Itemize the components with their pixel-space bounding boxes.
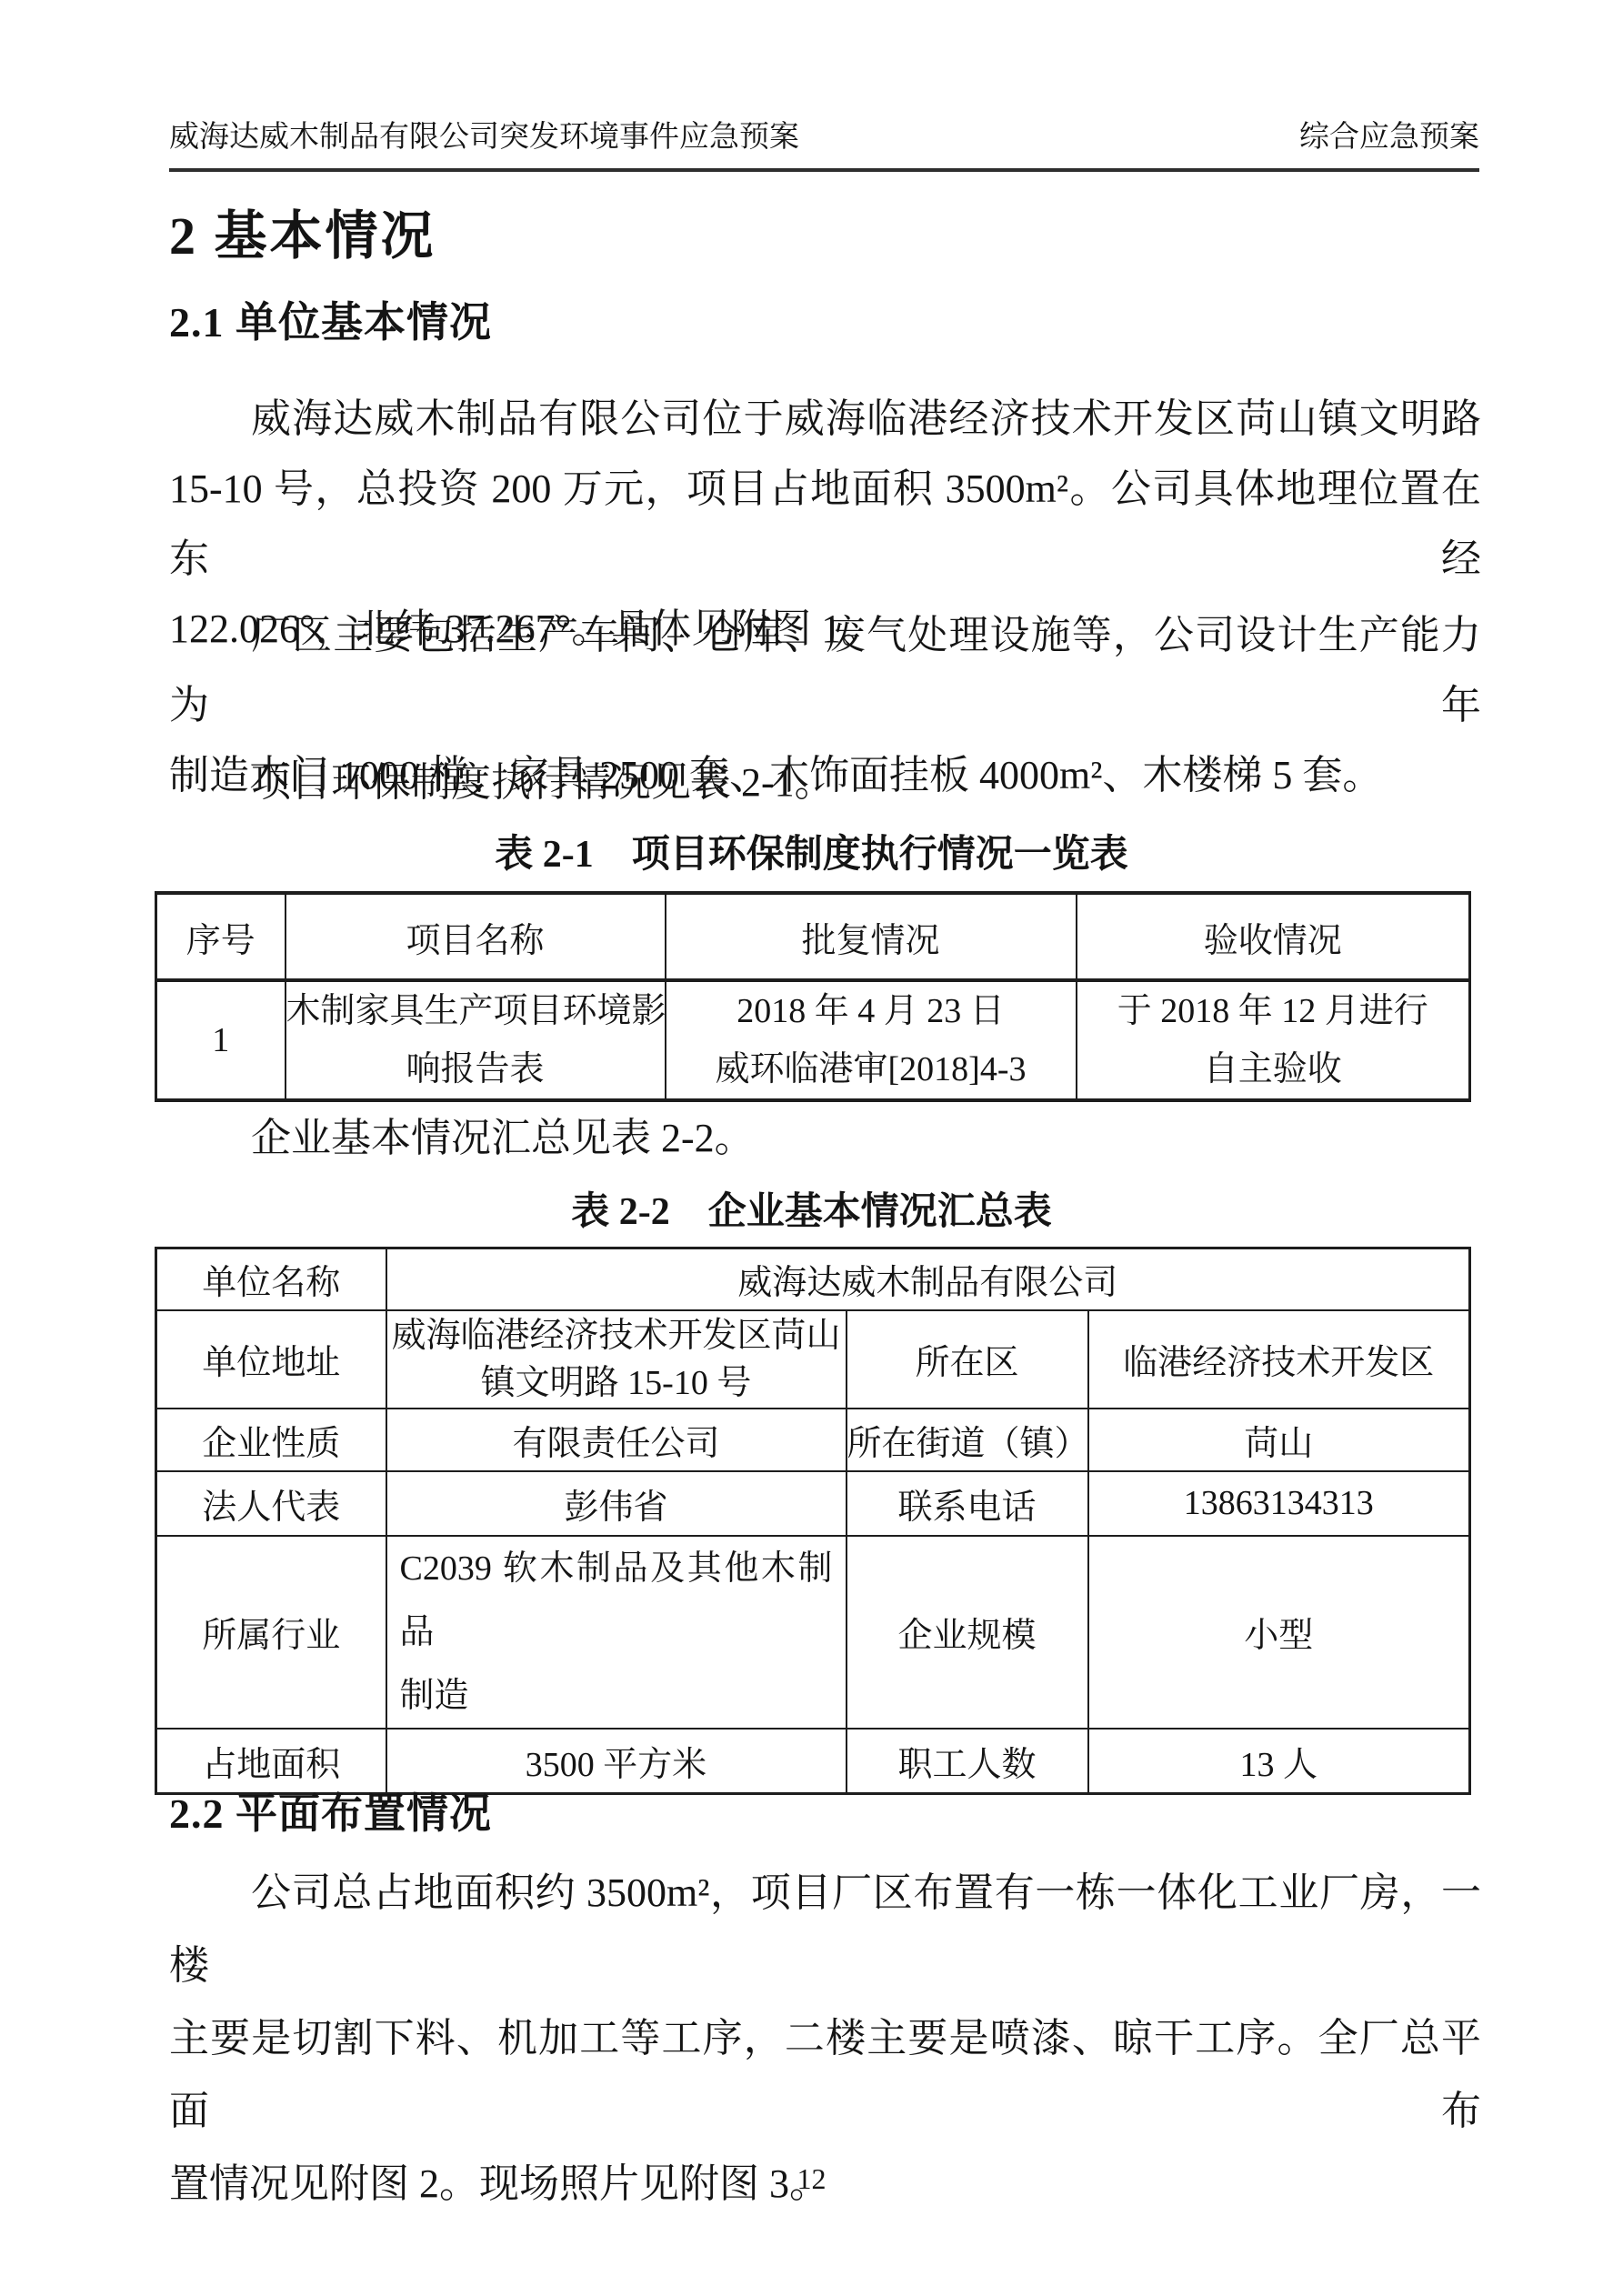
col-header-acceptance: 验收情况 xyxy=(1077,893,1470,980)
cell-line: 镇文明路 15-10 号 xyxy=(387,1359,846,1407)
paragraph-line: 主要是切割下料、机加工等工序，二楼主要是喷漆、晾干工序。全厂总平面布 xyxy=(169,2002,1481,2148)
cell-line: 自主验收 xyxy=(1077,1040,1469,1098)
paragraph-line: 企业基本情况汇总见表 2-2。 xyxy=(169,1103,1481,1173)
cell-line: 木制家具生产项目环境影 xyxy=(286,982,665,1040)
header-right-title: 综合应急预案 xyxy=(1299,113,1479,155)
cell-label: 企业性质 xyxy=(156,1409,386,1471)
env-compliance-table: 序号 项目名称 批复情况 验收情况 1 木制家具生产项目环境影 响报告表 201… xyxy=(155,891,1471,1102)
page-number: 12 xyxy=(0,2162,1623,2196)
cell-acceptance: 于 2018 年 12 月进行 自主验收 xyxy=(1077,980,1470,1100)
cell-label: 联系电话 xyxy=(847,1471,1088,1536)
subsection-title-2-1: 2.1 单位基本情况 xyxy=(169,289,492,349)
paragraph-line: 厂区主要包括生产车间、仓库、废气处理设施等，公司设计生产能力为年 xyxy=(169,600,1481,740)
cell-line: C2039 软木制品及其他木制品 xyxy=(400,1537,833,1664)
paragraph-4: 企业基本情况汇总见表 2-2。 xyxy=(169,1103,1481,1173)
cell-label: 法人代表 xyxy=(156,1471,386,1536)
cell-enterprise-type: 有限责任公司 xyxy=(386,1409,847,1471)
header-left-title: 威海达威木制品有限公司突发环境事件应急预案 xyxy=(169,113,799,155)
cell-label: 企业规模 xyxy=(847,1536,1088,1729)
cell-line: 响报告表 xyxy=(286,1040,665,1098)
cell-company-name: 威海达威木制品有限公司 xyxy=(386,1248,1470,1310)
cell-label: 所在街道（镇） xyxy=(847,1409,1088,1471)
table-row: 企业性质 有限责任公司 所在街道（镇） 苘山 xyxy=(156,1409,1470,1471)
cell-label: 职工人数 xyxy=(847,1729,1088,1794)
table-row: 单位地址 威海临港经济技术开发区苘山 镇文明路 15-10 号 所在区 临港经济… xyxy=(156,1310,1470,1409)
table-row: 所属行业 C2039 软木制品及其他木制品 制造 企业规模 小型 xyxy=(156,1536,1470,1729)
basic-info-table: 单位名称 威海达威木制品有限公司 单位地址 威海临港经济技术开发区苘山 镇文明路… xyxy=(155,1247,1471,1795)
document-page: { "header": { "left_title": "威海达威木制品有限公司… xyxy=(0,0,1623,2296)
table-row: 法人代表 彭伟省 联系电话 13863134313 xyxy=(156,1471,1470,1536)
cell-label: 单位名称 xyxy=(156,1248,386,1310)
subsection-title-2-2: 2.2 平面布置情况 xyxy=(169,1780,492,1840)
cell-line: 于 2018 年 12 月进行 xyxy=(1077,982,1469,1040)
cell-staff-count: 13 人 xyxy=(1088,1729,1470,1794)
cell-line: 威海临港经济技术开发区苘山 xyxy=(387,1312,846,1359)
paragraph-line: 威海达威木制品有限公司位于威海临港经济技术开发区苘山镇文明路 xyxy=(169,384,1481,454)
paragraph-line: 公司总占地面积约 3500m²，项目厂区布置有一栋一体化工业厂房，一楼 xyxy=(169,1857,1481,2002)
col-header-approval: 批复情况 xyxy=(666,893,1077,980)
col-header-seq: 序号 xyxy=(156,893,286,980)
cell-legal-rep: 彭伟省 xyxy=(386,1471,847,1536)
cell-line: 威环临港审[2018]4-3 xyxy=(666,1040,1076,1098)
cell-label: 单位地址 xyxy=(156,1310,386,1409)
col-header-project-name: 项目名称 xyxy=(286,893,666,980)
cell-district: 临港经济技术开发区 xyxy=(1088,1310,1470,1409)
cell-phone: 13863134313 xyxy=(1088,1471,1470,1536)
section-title: 2 基本情况 xyxy=(169,193,436,269)
cell-approval: 2018 年 4 月 23 日 威环临港审[2018]4-3 xyxy=(666,980,1077,1100)
paragraph-line: 项目环保制度执行情况见表 2-1。 xyxy=(169,747,1481,817)
table-2-1-caption: 表 2-1 项目环保制度执行情况一览表 xyxy=(155,832,1468,877)
cell-line: 2018 年 4 月 23 日 xyxy=(666,982,1076,1040)
cell-line: 制造 xyxy=(400,1664,833,1728)
table-row: 单位名称 威海达威木制品有限公司 xyxy=(156,1248,1470,1310)
cell-scale: 小型 xyxy=(1088,1536,1470,1729)
table-2-2-caption: 表 2-2 企业基本情况汇总表 xyxy=(155,1189,1468,1235)
table-header-row: 序号 项目名称 批复情况 验收情况 xyxy=(156,893,1470,980)
cell-seq: 1 xyxy=(156,980,286,1100)
paragraph-3: 项目环保制度执行情况见表 2-1。 xyxy=(169,747,1481,817)
cell-industry: C2039 软木制品及其他木制品 制造 xyxy=(386,1536,847,1729)
cell-label: 所在区 xyxy=(847,1310,1088,1409)
cell-address: 威海临港经济技术开发区苘山 镇文明路 15-10 号 xyxy=(386,1310,847,1409)
cell-street: 苘山 xyxy=(1088,1409,1470,1471)
cell-label: 所属行业 xyxy=(156,1536,386,1729)
paragraph-line: 15-10 号，总投资 200 万元，项目占地面积 3500m²。公司具体地理位… xyxy=(169,454,1481,594)
table-row: 1 木制家具生产项目环境影 响报告表 2018 年 4 月 23 日 威环临港审… xyxy=(156,980,1470,1100)
cell-project-name: 木制家具生产项目环境影 响报告表 xyxy=(286,980,666,1100)
page-header: 威海达威木制品有限公司突发环境事件应急预案 综合应急预案 xyxy=(169,113,1479,172)
